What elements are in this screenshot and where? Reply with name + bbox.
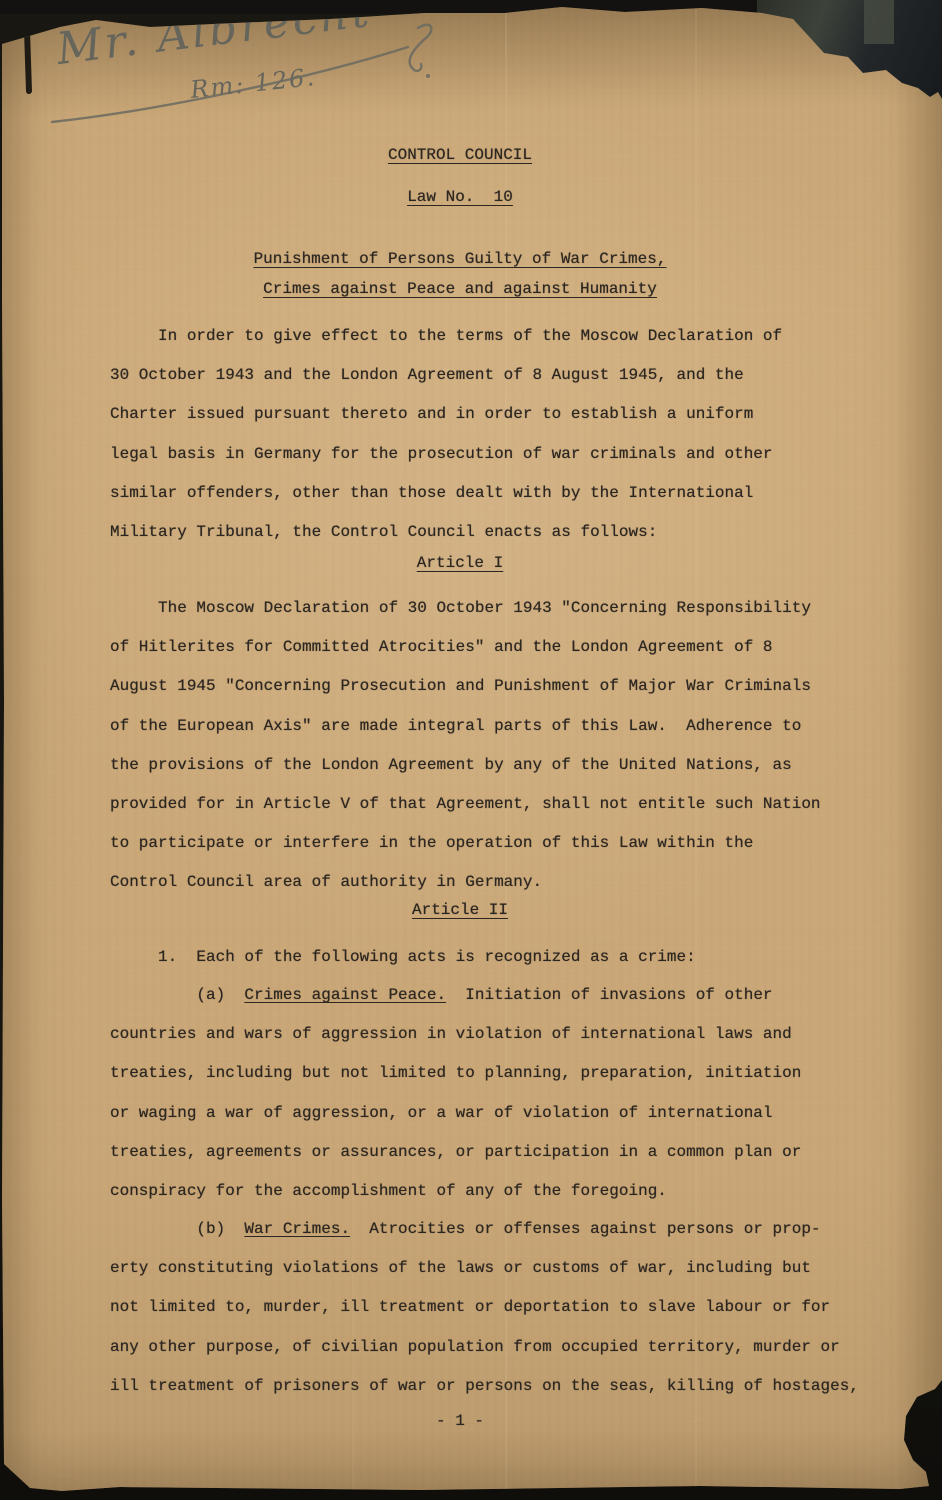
article-1-paragraph: The Moscow Declaration of 30 October 194… bbox=[110, 589, 900, 903]
text-line: the provisions of the London Agreement b… bbox=[110, 746, 900, 785]
heading-text: Article I bbox=[417, 554, 503, 572]
doc-heading-law-number: Law No. 10 bbox=[110, 188, 810, 206]
text-line: Control Council area of authority in Ger… bbox=[110, 863, 900, 902]
text-line: any other purpose, of civilian populatio… bbox=[110, 1328, 900, 1367]
document-page: Mr. Albrecht Rm: 126. CONTROL COUNCIL La… bbox=[0, 0, 942, 1500]
pencil-underline bbox=[52, 47, 408, 122]
preamble-paragraph: In order to give effect to the terms of … bbox=[110, 317, 900, 552]
text-line: Military Tribunal, the Control Council e… bbox=[110, 513, 900, 552]
underlined-term: Crimes against Peace. bbox=[244, 986, 446, 1004]
text-line: of the European Axis" are made integral … bbox=[110, 707, 900, 746]
pencil-flourish-dot bbox=[426, 74, 430, 78]
text-line: countries and wars of aggression in viol… bbox=[110, 1015, 900, 1054]
pencil-flourish-icon bbox=[410, 25, 432, 71]
text-line: legal basis in Germany for the prosecuti… bbox=[110, 435, 900, 474]
text-line: In order to give effect to the terms of … bbox=[110, 317, 900, 356]
text-line: August 1945 "Concerning Prosecution and … bbox=[110, 667, 900, 706]
backdrop-object bbox=[864, 0, 894, 44]
text-line: The Moscow Declaration of 30 October 194… bbox=[110, 589, 900, 628]
text-line: provided for in Article V of that Agreem… bbox=[110, 785, 900, 824]
clause-b-paragraph: (b) War Crimes. Atrocities or offenses a… bbox=[110, 1210, 900, 1406]
article-2-heading: Article II bbox=[110, 901, 810, 919]
text-line: Crimes against Peace and against Humanit… bbox=[110, 274, 810, 304]
text-line: ill treatment of prisoners of war or per… bbox=[110, 1367, 900, 1406]
text-line: similar offenders, other than those deal… bbox=[110, 474, 900, 513]
text-line: 30 October 1943 and the London Agreement… bbox=[110, 356, 900, 395]
text-line: conspiracy for the accomplishment of any… bbox=[110, 1172, 900, 1211]
article-1-heading: Article I bbox=[110, 554, 810, 572]
text-line: Charter issued pursuant thereto and in o… bbox=[110, 395, 900, 434]
page-number: - 1 - bbox=[110, 1412, 810, 1430]
clause-a-paragraph: (a) Crimes against Peace. Initiation of … bbox=[110, 976, 900, 1211]
text-line: or waging a war of aggression, or a war … bbox=[110, 1094, 900, 1133]
heading-text: Article II bbox=[412, 901, 508, 919]
text-line: treaties, agreements or assurances, or p… bbox=[110, 1133, 900, 1172]
text-line: not limited to, murder, ill treatment or… bbox=[110, 1288, 900, 1327]
text-line: (a) Crimes against Peace. Initiation of … bbox=[110, 976, 900, 1015]
handwriting-strokes bbox=[0, 0, 700, 150]
text-line: Punishment of Persons Guilty of War Crim… bbox=[110, 244, 810, 274]
text-line: to participate or interfere in the opera… bbox=[110, 824, 900, 863]
article-2-intro: 1. Each of the following acts is recogni… bbox=[110, 938, 900, 977]
underlined-term: War Crimes. bbox=[244, 1220, 350, 1238]
paper-shadow-band-bottom bbox=[0, 1430, 942, 1500]
scanned-document-screenshot: { "colors": { "paper": "#cdaa7a", "paper… bbox=[0, 0, 942, 1500]
text-line: 1. Each of the following acts is recogni… bbox=[110, 938, 900, 977]
doc-heading-control-council: CONTROL COUNCIL bbox=[110, 146, 810, 164]
text-line: of Hitlerites for Committed Atrocities" … bbox=[110, 628, 900, 667]
heading-text: Law No. 10 bbox=[407, 188, 513, 206]
text-line: erty constituting violations of the laws… bbox=[110, 1249, 900, 1288]
heading-text: CONTROL COUNCIL bbox=[388, 146, 532, 164]
text-line: (b) War Crimes. Atrocities or offenses a… bbox=[110, 1210, 900, 1249]
ink-mark bbox=[27, 31, 29, 91]
text-line: treaties, including but not limited to p… bbox=[110, 1054, 900, 1093]
doc-title: Punishment of Persons Guilty of War Crim… bbox=[110, 244, 810, 304]
